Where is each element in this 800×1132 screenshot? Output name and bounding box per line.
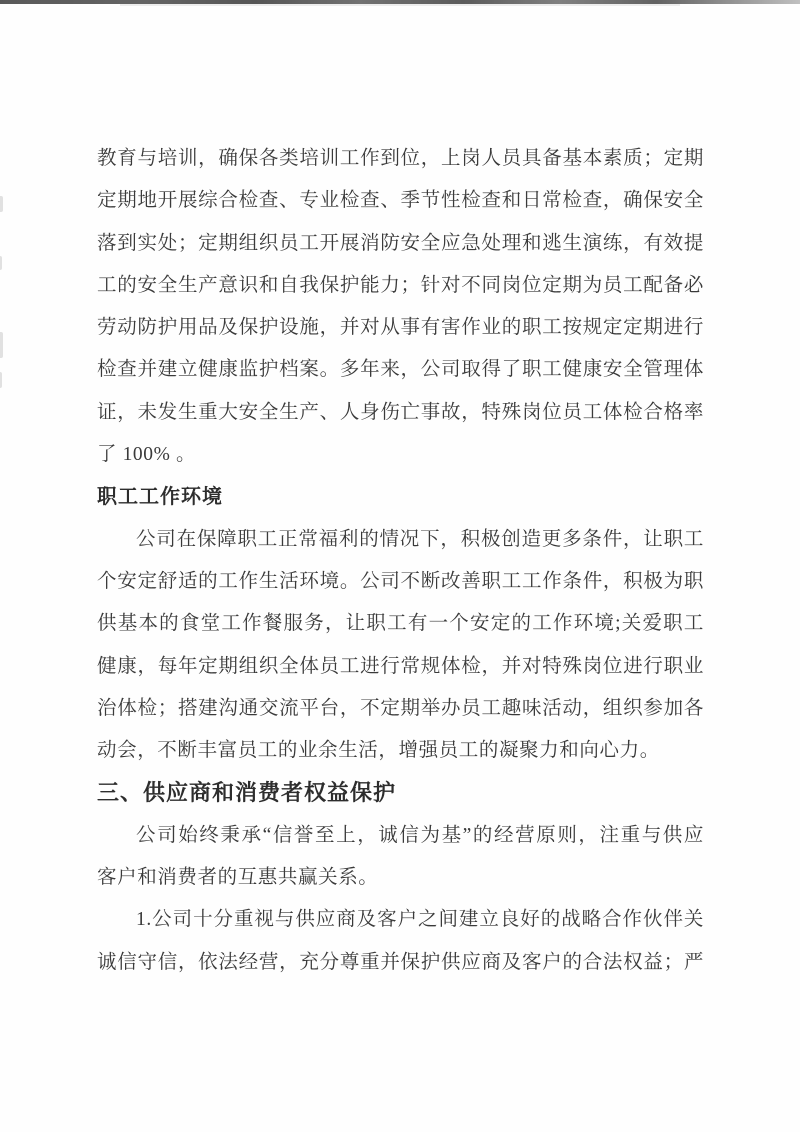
section-heading: 三、供应商和消费者权益保护 bbox=[97, 772, 704, 814]
text-line: 客户和消费者的互惠共赢关系。 bbox=[97, 857, 704, 899]
text-line: 证，未发生重大安全生产、人身伤亡事故，特殊岗位员工体检合格率达到 bbox=[97, 392, 704, 434]
text-line: 治体检；搭建沟通交流平台，不定期举办员工趣味活动，组织参加各类运 bbox=[97, 688, 704, 730]
text-line: 工的安全生产意识和自我保护能力；针对不同岗位定期为员工配备必要的 bbox=[97, 265, 704, 307]
subsection-heading: 职工工作环境 bbox=[97, 476, 704, 518]
text-line: 定期地开展综合检查、专业检查、季节性检查和日常检查，确保安全生产 bbox=[97, 180, 704, 222]
scan-smudge bbox=[0, 256, 2, 270]
document-page: 教育与培训，确保各类培训工作到位，上岗人员具备基本素质；定期或不定期地开展综合检… bbox=[0, 0, 800, 1132]
text-line: 个安定舒适的工作生活环境。公司不断改善职工工作条件，积极为职工提 bbox=[97, 561, 704, 603]
scan-smudge bbox=[0, 332, 3, 358]
text-line: 检查并建立健康监护档案。多年来，公司取得了职工健康安全管理体系认 bbox=[97, 349, 704, 391]
text-line: 1.公司十分重视与供应商及客户之间建立良好的战略合作伙伴关系， bbox=[97, 899, 704, 941]
text-line: 落到实处；定期组织员工开展消防安全应急处理和逃生演练，有效提高员 bbox=[97, 223, 704, 265]
document-content: 教育与培训，确保各类培训工作到位，上岗人员具备基本素质；定期或不定期地开展综合检… bbox=[97, 138, 704, 984]
text-line: 公司始终秉承“信誉至上，诚信为基”的经营原则，注重与供应商、 bbox=[97, 815, 704, 857]
text-line: 教育与培训，确保各类培训工作到位，上岗人员具备基本素质；定期或不 bbox=[97, 138, 704, 180]
scan-smudge bbox=[0, 372, 2, 388]
text-line: 劳动防护用品及保护设施，并对从事有害作业的职工按规定定期进行健康 bbox=[97, 307, 704, 349]
scan-smudge bbox=[0, 196, 3, 212]
text-line: 供基本的食堂工作餐服务，让职工有一个安定的工作环境;关爱职工身体 bbox=[97, 603, 704, 645]
text-line: 诚信守信，依法经营，充分尊重并保护供应商及客户的合法权益；严格保 bbox=[97, 942, 704, 984]
text-line: 公司在保障职工正常福利的情况下，积极创造更多条件，让职工有一 bbox=[97, 519, 704, 561]
text-line: 健康，每年定期组织全体员工进行常规体检，并对特殊岗位进行职业病防 bbox=[97, 646, 704, 688]
scan-artifact-top-edge bbox=[0, 0, 800, 4]
text-line: 动会，不断丰富员工的业余生活，增强员工的凝聚力和向心力。 bbox=[97, 730, 704, 772]
text-line: 了 100% 。 bbox=[97, 434, 704, 476]
